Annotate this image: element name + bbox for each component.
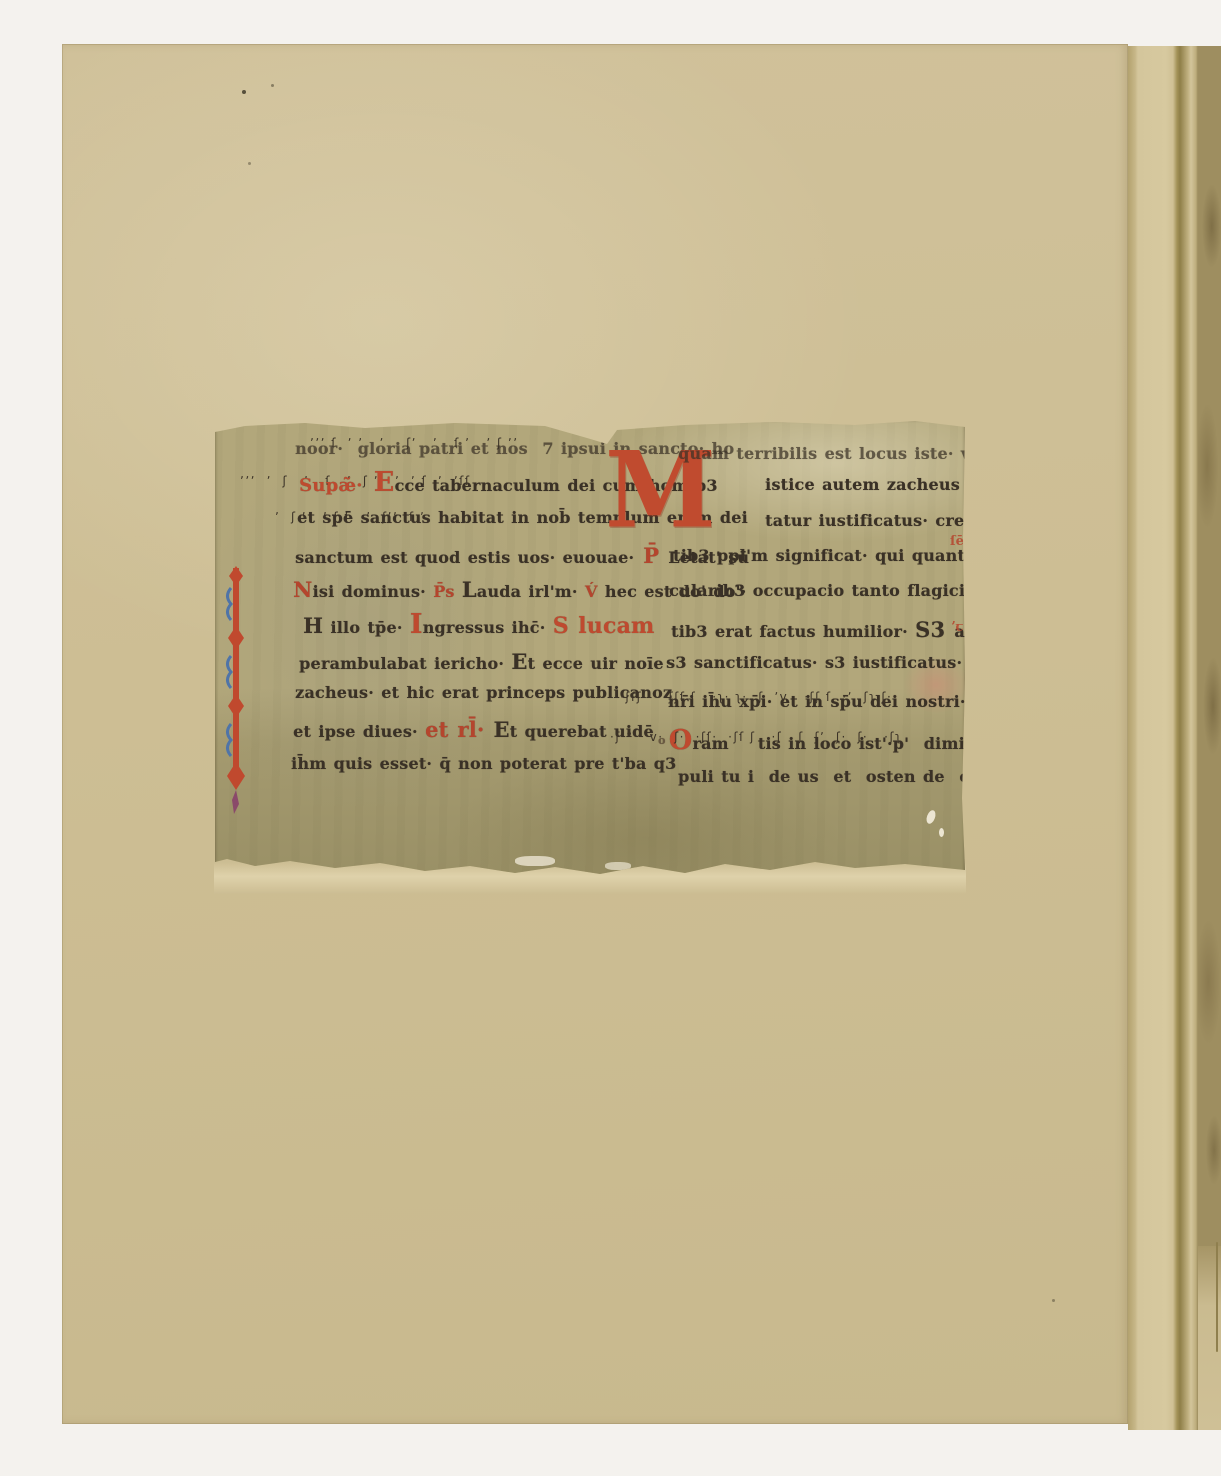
penwork-initial-i-drawing: [221, 566, 247, 816]
foxing-speck: [1052, 1299, 1055, 1302]
vellum-chip: [939, 828, 944, 837]
foxing-speck: [271, 84, 274, 87]
penwork-initial-i: I: [221, 566, 247, 820]
torn-edge-highlight: [515, 856, 555, 866]
vellum-chip: [925, 809, 937, 825]
page-edge-strips: [1128, 46, 1221, 1430]
dark-edge-strip: [1198, 46, 1221, 1246]
foxing-speck: [242, 90, 246, 94]
scanned-album-leaf: ʼʼʼ ſ ʼ ʼ ʼ ʃʼ ʼ ſ ʼ ʼ ʃ ʼʼ ʼʼʼ ʼ ʃ ʼ ſ …: [0, 0, 1221, 1476]
margin-mark: ʼꞇ: [951, 620, 963, 635]
torn-edge-highlight: [605, 862, 631, 870]
neume-row: ·ʃſʃʼ ·ʃʃſ ʃ ·ʅ· ʅ· ʃ ʼv ·ʃʃ ſ ·ʼ ʃʅ·ʃ·: [620, 690, 892, 704]
neume-row: ·ʃʼ° ʼv· ʃ· ·ʃſ· ·ʃſ ʃ ·ʃ ʃ ʃʼ ʃ· ʃ· ·ʃʅ: [610, 730, 902, 744]
margin-mark: ſē: [950, 534, 964, 549]
manuscript-fragment: ʼʼʼ ſ ʼ ʼ ʼ ʃʼ ʼ ſ ʼ ʼ ʃ ʼʼ ʼʼʼ ʼ ʃ ʼ ſ …: [215, 418, 965, 883]
edge-line: [1216, 1242, 1218, 1352]
foxing-speck: [248, 162, 251, 165]
